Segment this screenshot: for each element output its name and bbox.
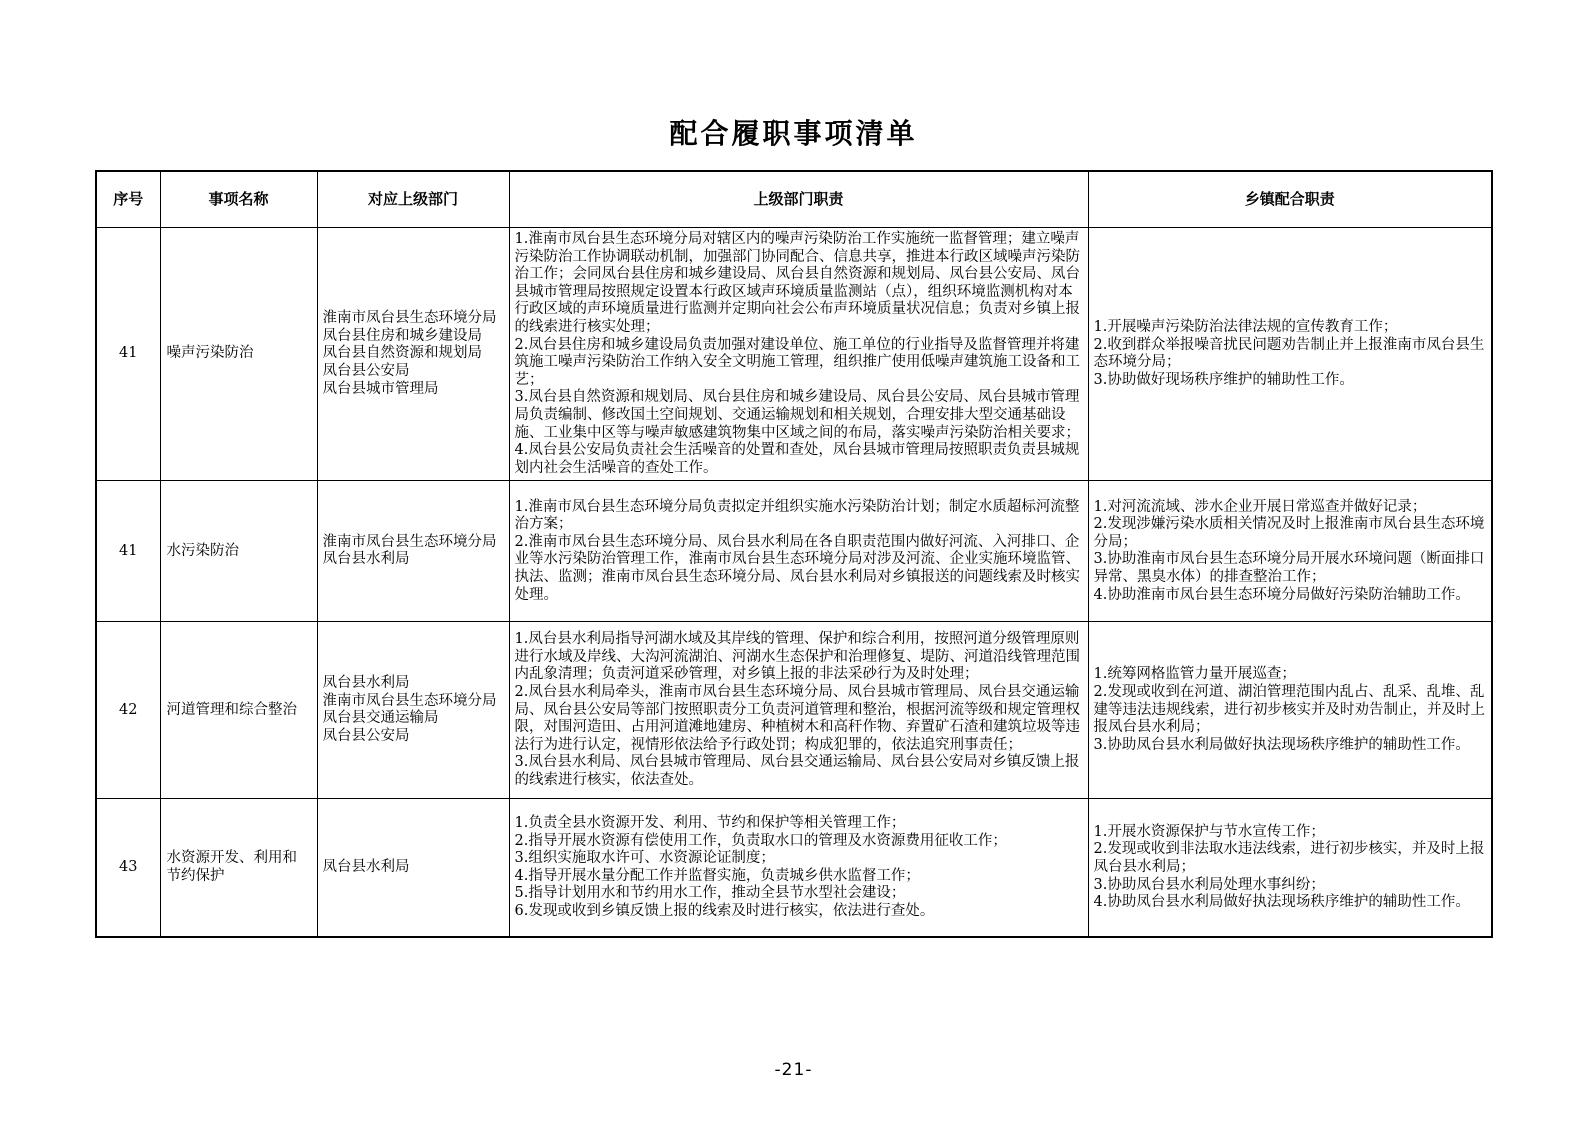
duty-table: 序号 事项名称 对应上级部门 上级部门职责 乡镇配合职责 41 噪声污染防治 淮… (95, 170, 1493, 938)
page-number: -21- (0, 1060, 1587, 1080)
township-duties-cell: 1.开展噪声污染防治法律法规的宣传教育工作； 2.收到群众举报噪音扰民问题劝告制… (1088, 228, 1492, 481)
township-duties-cell: 1.统筹网格监管力量开展巡查； 2.发现或收到在河道、湖泊管理范围内乱占、乱采、… (1088, 622, 1492, 799)
header-seq: 序号 (96, 171, 160, 228)
table-row: 41 水污染防治 淮南市凤台县生态环境分局 凤台县水利局 1.淮南市凤台县生态环… (96, 481, 1492, 622)
item-name-cell: 水资源开发、利用和节约保护 (160, 799, 317, 938)
seq-cell: 41 (96, 481, 160, 622)
item-name-cell: 河道管理和综合整治 (160, 622, 317, 799)
seq-cell: 42 (96, 622, 160, 799)
document-page: 配合履职事项清单 序号 事项名称 对应上级部门 上级部门职责 乡镇配合职责 41… (0, 0, 1587, 1122)
township-duties-cell: 1.开展水资源保护与节水宣传工作； 2.发现或收到非法取水违法线索，进行初步核实… (1088, 799, 1492, 938)
township-duties-cell: 1.对河流流域、涉水企业开展日常巡查并做好记录； 2.发现涉嫌污染水质相关情况及… (1088, 481, 1492, 622)
table-row: 42 河道管理和综合整治 凤台县水利局 淮南市凤台县生态环境分局 凤台县交通运输… (96, 622, 1492, 799)
seq-cell: 41 (96, 228, 160, 481)
header-township-duties: 乡镇配合职责 (1088, 171, 1492, 228)
header-superior-department: 对应上级部门 (317, 171, 509, 228)
header-item-name: 事项名称 (160, 171, 317, 228)
header-superior-duties: 上级部门职责 (509, 171, 1088, 228)
table-row: 41 噪声污染防治 淮南市凤台县生态环境分局 凤台县住房和城乡建设局 凤台县自然… (96, 228, 1492, 481)
item-name-cell: 水污染防治 (160, 481, 317, 622)
superior-duties-cell: 1.淮南市凤台县生态环境分局对辖区内的噪声污染防治工作实施统一监督管理；建立噪声… (509, 228, 1088, 481)
departments-cell: 淮南市凤台县生态环境分局 凤台县水利局 (317, 481, 509, 622)
seq-cell: 43 (96, 799, 160, 938)
table-row: 43 水资源开发、利用和节约保护 凤台县水利局 1.负责全县水资源开发、利用、节… (96, 799, 1492, 938)
table-header-row: 序号 事项名称 对应上级部门 上级部门职责 乡镇配合职责 (96, 171, 1492, 228)
superior-duties-cell: 1.凤台县水利局指导河湖水域及其岸线的管理、保护和综合利用，按照河道分级管理原则… (509, 622, 1088, 799)
superior-duties-cell: 1.负责全县水资源开发、利用、节约和保护等相关管理工作； 2.指导开展水资源有偿… (509, 799, 1088, 938)
page-title: 配合履职事项清单 (0, 112, 1587, 152)
superior-duties-cell: 1.淮南市凤台县生态环境分局负责拟定并组织实施水污染防治计划；制定水质超标河流整… (509, 481, 1088, 622)
departments-cell: 淮南市凤台县生态环境分局 凤台县住房和城乡建设局 凤台县自然资源和规划局 凤台县… (317, 228, 509, 481)
item-name-cell: 噪声污染防治 (160, 228, 317, 481)
departments-cell: 凤台县水利局 (317, 799, 509, 938)
departments-cell: 凤台县水利局 淮南市凤台县生态环境分局 凤台县交通运输局 凤台县公安局 (317, 622, 509, 799)
